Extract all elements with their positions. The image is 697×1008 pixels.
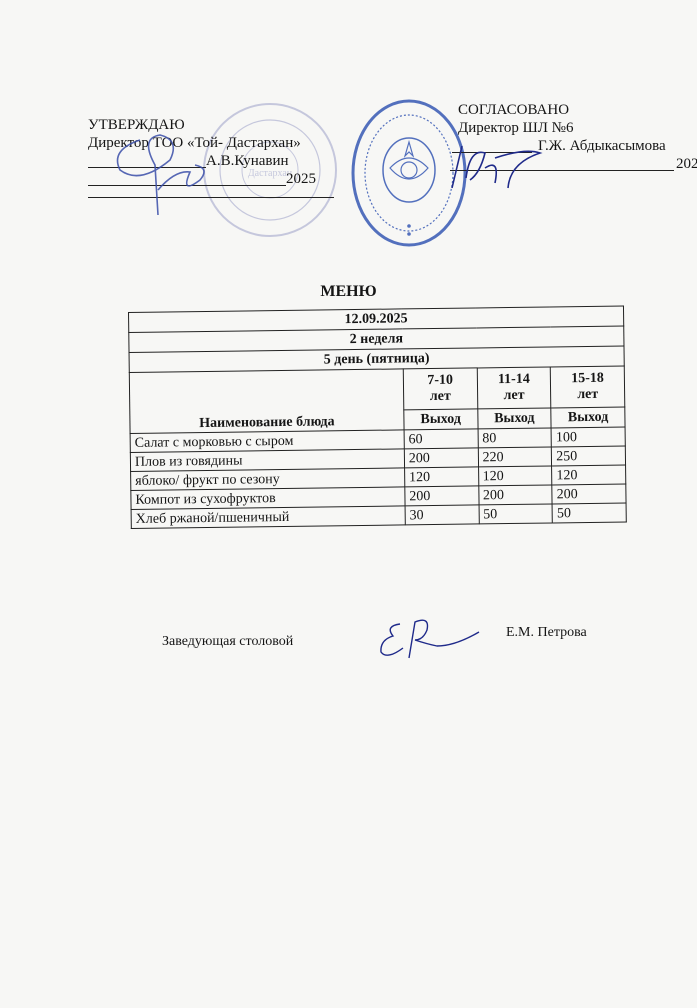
document-title: МЕНЮ [0, 283, 697, 301]
canteen-manager-role: Заведующая столовой [162, 634, 293, 650]
agreement-block: СОГЛАСОВАНО Директор ШЛ №6 Г.Ж. Абдыкасы… [458, 101, 694, 173]
approval-heading: УТВЕРЖДАЮ [88, 116, 358, 134]
agreement-position: Директор ШЛ №6 [458, 119, 694, 137]
portion-value: 200 [404, 448, 478, 468]
portion-value: 100 [551, 427, 625, 447]
portion-value: 60 [404, 429, 478, 449]
official-seal-icon [350, 98, 468, 248]
yield-header: Выход [551, 407, 625, 428]
age-group-header: 11-14лет [477, 367, 551, 409]
approval-block: УТВЕРЖДАЮ Директор ТОО «Той- Дастархан» … [88, 116, 358, 206]
portion-value: 50 [479, 504, 553, 524]
portion-value: 250 [552, 446, 626, 466]
portion-value: 120 [404, 467, 478, 487]
portion-value: 30 [405, 505, 479, 525]
scanned-document-page: Дастархан УТВЕРЖДАЮ Директор ТОО «Той- Д… [0, 0, 697, 1008]
dish-name-header: Наименование блюда [129, 369, 404, 434]
portion-value: 50 [552, 503, 626, 523]
underline [88, 197, 334, 198]
menu-table: 12.09.2025 2 неделя 5 день (пятница) Наи… [128, 306, 627, 529]
signature-line [88, 167, 206, 168]
canteen-manager-signature-icon [375, 612, 485, 662]
date-line [450, 170, 674, 171]
menu-table-container: 12.09.2025 2 неделя 5 день (пятница) Наи… [128, 306, 627, 529]
yield-header: Выход [477, 408, 551, 429]
agreement-heading: СОГЛАСОВАНО [458, 101, 694, 119]
date-line [88, 185, 286, 186]
portion-value: 220 [478, 447, 552, 467]
portion-value: 120 [478, 466, 552, 486]
canteen-manager-name: Е.М. Петрова [506, 625, 587, 641]
age-group-header: 7-10лет [403, 368, 477, 410]
agreement-signatory: Г.Ж. Абдыкасымова [538, 137, 666, 155]
portion-value: 120 [552, 465, 626, 485]
age-group-header: 15-18лет [551, 366, 625, 408]
agreement-year: 2025 [676, 155, 697, 173]
yield-header: Выход [404, 409, 478, 430]
portion-value: 200 [478, 485, 552, 505]
portion-value: 80 [478, 428, 552, 448]
portion-value: 200 [405, 486, 479, 506]
portion-value: 200 [552, 484, 626, 504]
dish-name: Хлеб ржаной/пшеничный [131, 506, 405, 529]
approval-year: 2025 [286, 170, 316, 188]
approval-position: Директор ТОО «Той- Дастархан» [88, 134, 358, 152]
signature-line [452, 152, 532, 153]
approval-signatory: А.В.Кунавин [206, 152, 289, 170]
